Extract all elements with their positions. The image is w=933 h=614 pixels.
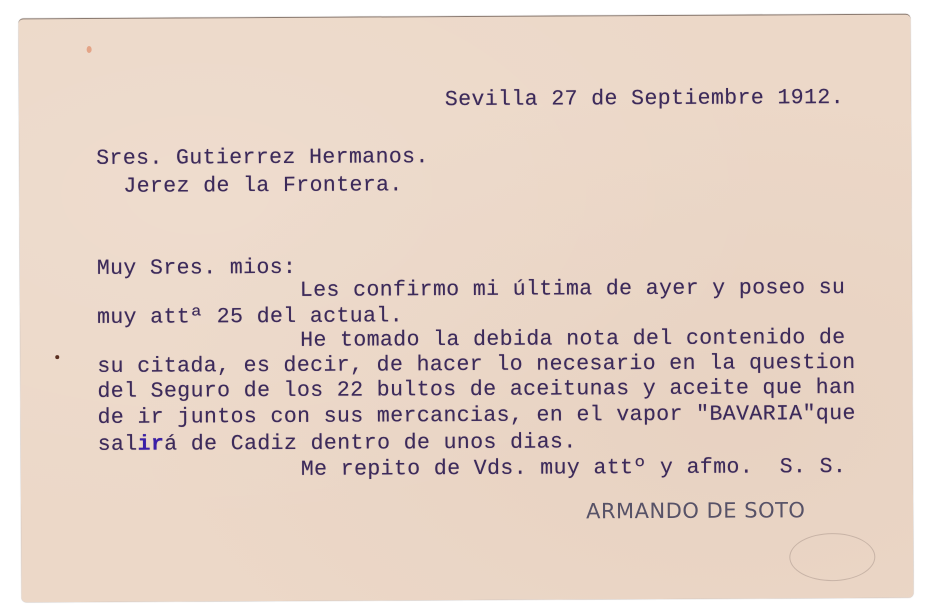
scan-background: Sevilla 27 de Septiembre 1912. Sres. Gut… [0,0,933,614]
body-line-5: del Seguro de los 22 bultos de aceitunas… [97,378,855,403]
body-line-6: de ir juntos con sus mercancias, en el v… [98,404,856,429]
date-line: Sevilla 27 de Septiembre 1912. [445,88,844,112]
faint-oval-stamp [789,533,875,581]
body-line-7-after: á de Cadiz dentro de unos dias. [164,430,576,456]
ink-correction: ir [138,433,165,457]
recipient-city: Jerez de la Frontera. [123,175,402,198]
recipient-name: Sres. Gutierrez Hermanos. [96,147,429,170]
paper-stain [87,46,92,53]
paper-speck [55,355,59,359]
body-line-1: Les confirmo mi última de ayer y poseo s… [300,278,845,302]
body-line-3: He tomado la debida nota del contenido d… [300,328,845,352]
body-line-7-before: sal [98,433,138,457]
signature-stamp: ARMANDO DE SOTO [586,498,805,523]
postcard: Sevilla 27 de Septiembre 1912. Sres. Gut… [18,14,913,603]
body-line-4: su citada, es decir, de hacer lo necesar… [97,353,855,378]
body-line-2: muy attª 25 del actual. [97,306,403,329]
body-line-7: salirá de Cadiz dentro de unos dias. [98,432,577,456]
closing-line: Me repito de Vds. muy attº y afmo. S. S. [301,457,846,481]
salutation: Muy Sres. mios: [97,258,297,281]
